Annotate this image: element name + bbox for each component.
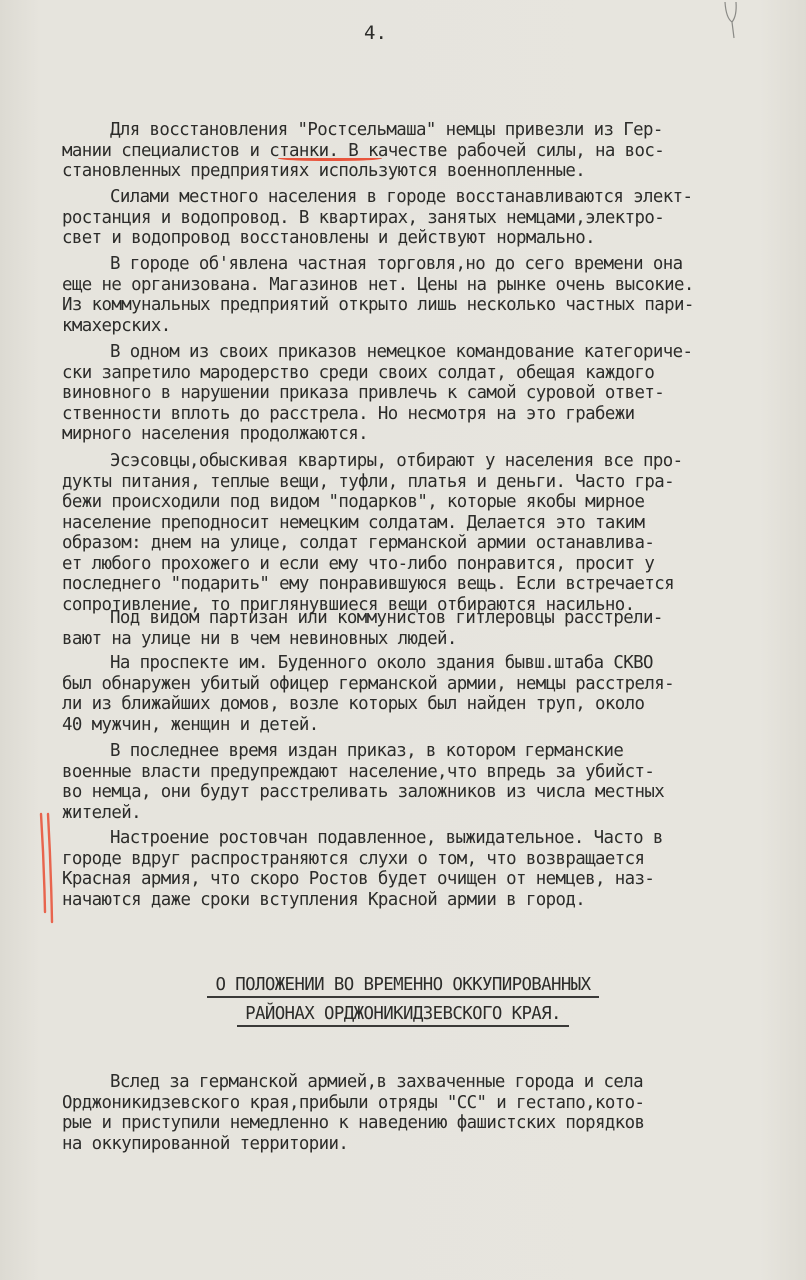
text-line: дукты питания, теплые вещи, туфли, плать… — [62, 472, 782, 493]
text-line: Орджоникидзевского края,прибыли отряды "… — [62, 1093, 782, 1114]
text-line: Из коммунальных предприятий открыто лишь… — [62, 295, 782, 316]
text-line: ет любого прохожего и если ему что-либо … — [62, 554, 782, 575]
text-line: последнего "подарить" ему понравившуюся … — [62, 574, 782, 595]
paragraph: Под видом партизан или коммунистов гитле… — [62, 608, 782, 649]
text-line: становленных предприятиях используются в… — [62, 161, 782, 182]
text-line: на оккупированной территории. — [62, 1134, 782, 1155]
text-line: мирного населения продолжаются. — [62, 424, 782, 445]
text-line: городе вдруг распространяются слухи о то… — [62, 849, 782, 870]
paragraph: На проспекте им. Буденного около здания … — [62, 653, 782, 735]
text-line: ски запретило мародерство среди своих со… — [62, 363, 782, 384]
red-pencil-underline — [278, 154, 382, 161]
text-line: Красная армия, что скоро Ростов будет оч… — [62, 869, 782, 890]
text-line: ли из ближайших домов, возле которых был… — [62, 694, 782, 715]
text-line: образом: днем на улице, солдат германско… — [62, 533, 782, 554]
text-line: был обнаружен убитый офицер германской а… — [62, 674, 782, 695]
page-number: 4. — [364, 22, 387, 44]
text-line: В последнее время издан приказ, в которо… — [62, 741, 782, 762]
text-line: еще не организована. Магазинов нет. Цены… — [62, 275, 782, 296]
text-line: Силами местного населения в городе восст… — [62, 187, 782, 208]
section-heading-line-2: РАЙОНАХ ОРДЖОНИКИДЗЕВСКОГО КРАЯ. — [0, 1004, 806, 1027]
text-line: бежи происходили под видом "подарков", к… — [62, 492, 782, 513]
text-line: вают на улице ни в чем невиновных людей. — [62, 629, 782, 650]
text-line: жителей. — [62, 803, 782, 824]
paragraph: В одном из своих приказов немецкое коман… — [62, 342, 782, 445]
text-line: военные власти предупреждают население,ч… — [62, 762, 782, 783]
red-margin-lines — [38, 812, 58, 924]
text-line: во немца, они будут расстреливать заложн… — [62, 782, 782, 803]
text-line: ственности вплоть до расстрела. Но несмо… — [62, 404, 782, 425]
text-line: ростанция и водопровод. В квартирах, зан… — [62, 208, 782, 229]
text-line: На проспекте им. Буденного около здания … — [62, 653, 782, 674]
text-line: В городе об'явлена частная торговля,но д… — [62, 254, 782, 275]
text-line: 40 мужчин, женщин и детей. — [62, 715, 782, 736]
paragraph: В городе об'явлена частная торговля,но д… — [62, 254, 782, 336]
text-line: Для восстановления "Ростсельмаша" немцы … — [62, 120, 782, 141]
handwritten-mark — [722, 0, 740, 40]
text-line: В одном из своих приказов немецкое коман… — [62, 342, 782, 363]
text-line: мании специалистов и станки. В качестве … — [62, 141, 782, 162]
text-line: Вслед за германской армией,в захваченные… — [62, 1072, 782, 1093]
text-line: Эсэсовцы,обыскивая квартиры, отбирают у … — [62, 451, 782, 472]
text-line: виновного в нарушении приказа привлечь к… — [62, 383, 782, 404]
paragraph: Силами местного населения в городе восст… — [62, 187, 782, 249]
paragraph: Настроение ростовчан подавленное, выжида… — [62, 828, 782, 910]
closing-paragraph: Вслед за германской армией,в захваченные… — [62, 1072, 782, 1154]
text-line: рые и приступили немедленно к наведению … — [62, 1113, 782, 1134]
paragraph: В последнее время издан приказ, в которо… — [62, 741, 782, 823]
paragraph: Эсэсовцы,обыскивая квартиры, отбирают у … — [62, 451, 782, 615]
text-line: Настроение ростовчан подавленное, выжида… — [62, 828, 782, 849]
paragraph: Для восстановления "Ростсельмаша" немцы … — [62, 120, 782, 182]
text-line: свет и водопровод восстановлены и действ… — [62, 228, 782, 249]
text-line: население преподносит немецким солдатам.… — [62, 513, 782, 534]
document-page: 4. Для восстановления "Ростсельмаша" нем… — [0, 0, 806, 1280]
text-line: Под видом партизан или коммунистов гитле… — [62, 608, 782, 629]
text-line: начаются даже сроки вступления Красной а… — [62, 890, 782, 911]
text-line: кмахерских. — [62, 316, 782, 337]
section-heading-line-1: О ПОЛОЖЕНИИ ВО ВРЕМЕННО ОККУПИРОВАННЫХ — [0, 975, 806, 998]
